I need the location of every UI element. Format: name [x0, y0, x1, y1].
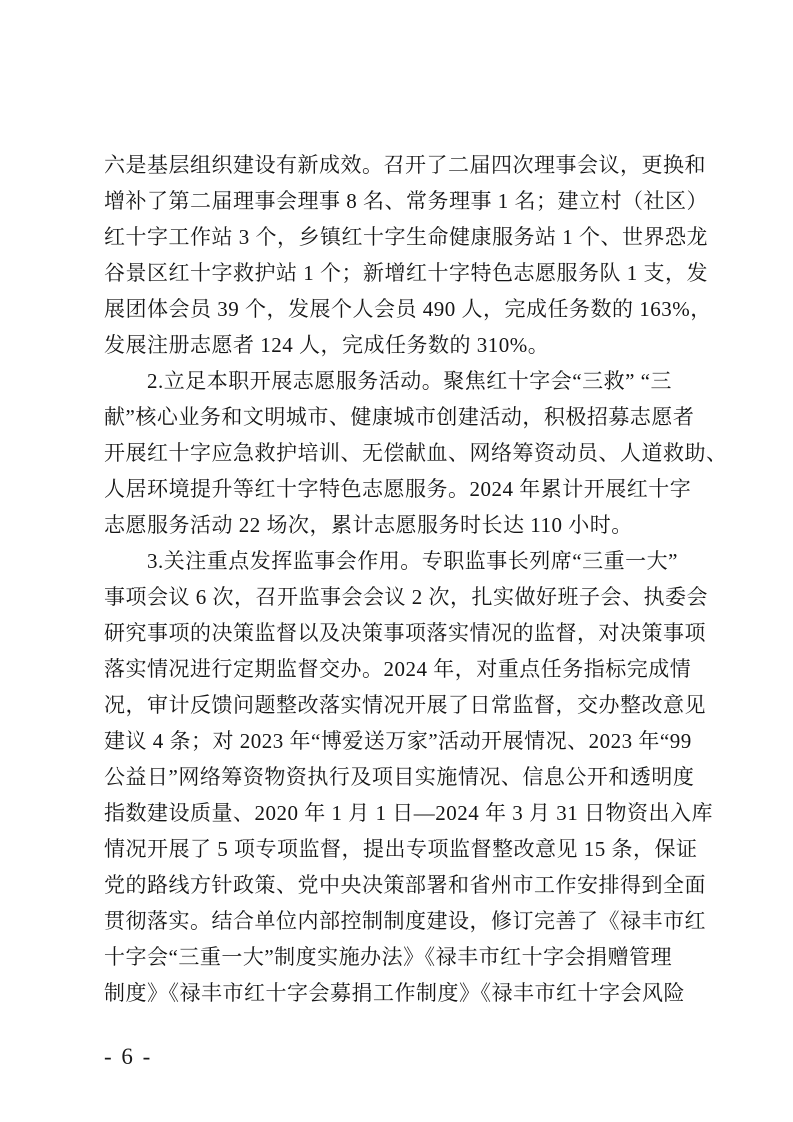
text-line: 献”核心业务和文明城市、健康城市创建活动，积极招募志愿者	[104, 399, 706, 435]
paragraph-continued: 六是基层组织建设有新成效。召开了二届四次理事会议，更换和增补了第二届理事会理事 …	[104, 147, 706, 363]
text-line: 发展注册志愿者 124 人，完成任务数的 310%。	[104, 327, 706, 363]
text-line: 人居环境提升等红十字特色志愿服务。2024 年累计开展红十字	[104, 471, 706, 507]
text-line: 研究事项的决策监督以及决策事项落实情况的监督，对决策事项	[104, 615, 706, 651]
text-line: 红十字工作站 3 个，乡镇红十字生命健康服务站 1 个、世界恐龙	[104, 219, 706, 255]
text-line: 指数建设质量、2020 年 1 月 1 日—2024 年 3 月 31 日物资出…	[104, 795, 706, 831]
text-line: 落实情况进行定期监督交办。2024 年，对重点任务指标完成情	[104, 651, 706, 687]
text-line: 开展红十字应急救护培训、无偿献血、网络筹资动员、人道救助、	[104, 435, 706, 471]
text-line: 志愿服务活动 22 场次，累计志愿服务时长达 110 小时。	[104, 507, 706, 543]
document-body: 六是基层组织建设有新成效。召开了二届四次理事会议，更换和增补了第二届理事会理事 …	[104, 147, 706, 1011]
text-line: 2.立足本职开展志愿服务活动。聚焦红十字会“三救” “三	[104, 363, 706, 399]
text-line: 公益日”网络筹资物资执行及项目实施情况、信息公开和透明度	[104, 759, 706, 795]
text-line: 建议 4 条；对 2023 年“博爱送万家”活动开展情况、2023 年“99	[104, 723, 706, 759]
text-line: 增补了第二届理事会理事 8 名、常务理事 1 名；建立村（社区）	[104, 183, 706, 219]
text-line: 六是基层组织建设有新成效。召开了二届四次理事会议，更换和	[104, 147, 706, 183]
text-line: 况，审计反馈问题整改落实情况开展了日常监督，交办整改意见	[104, 687, 706, 723]
text-line: 事项会议 6 次，召开监事会会议 2 次，扎实做好班子会、执委会	[104, 579, 706, 615]
text-line: 制度》《禄丰市红十字会募捐工作制度》《禄丰市红十字会风险	[104, 975, 706, 1011]
text-line: 情况开展了 5 项专项监督，提出专项监督整改意见 15 条，保证	[104, 831, 706, 867]
paragraph-item-2: 2.立足本职开展志愿服务活动。聚焦红十字会“三救” “三献”核心业务和文明城市、…	[104, 363, 706, 543]
text-line: 谷景区红十字救护站 1 个；新增红十字特色志愿服务队 1 支，发	[104, 255, 706, 291]
text-line: 十字会“三重一大”制度实施办法》《禄丰市红十字会捐赠管理	[104, 939, 706, 975]
page-number: - 6 -	[104, 1042, 152, 1072]
text-line: 贯彻落实。结合单位内部控制制度建设，修订完善了《禄丰市红	[104, 903, 706, 939]
paragraph-item-3: 3.关注重点发挥监事会作用。专职监事长列席“三重一大”事项会议 6 次，召开监事…	[104, 543, 706, 1011]
text-line: 3.关注重点发挥监事会作用。专职监事长列席“三重一大”	[104, 543, 706, 579]
text-line: 党的路线方针政策、党中央决策部署和省州市工作安排得到全面	[104, 867, 706, 903]
text-line: 展团体会员 39 个，发展个人会员 490 人，完成任务数的 163%，	[104, 291, 706, 327]
document-page: 六是基层组织建设有新成效。召开了二届四次理事会议，更换和增补了第二届理事会理事 …	[0, 0, 793, 1122]
